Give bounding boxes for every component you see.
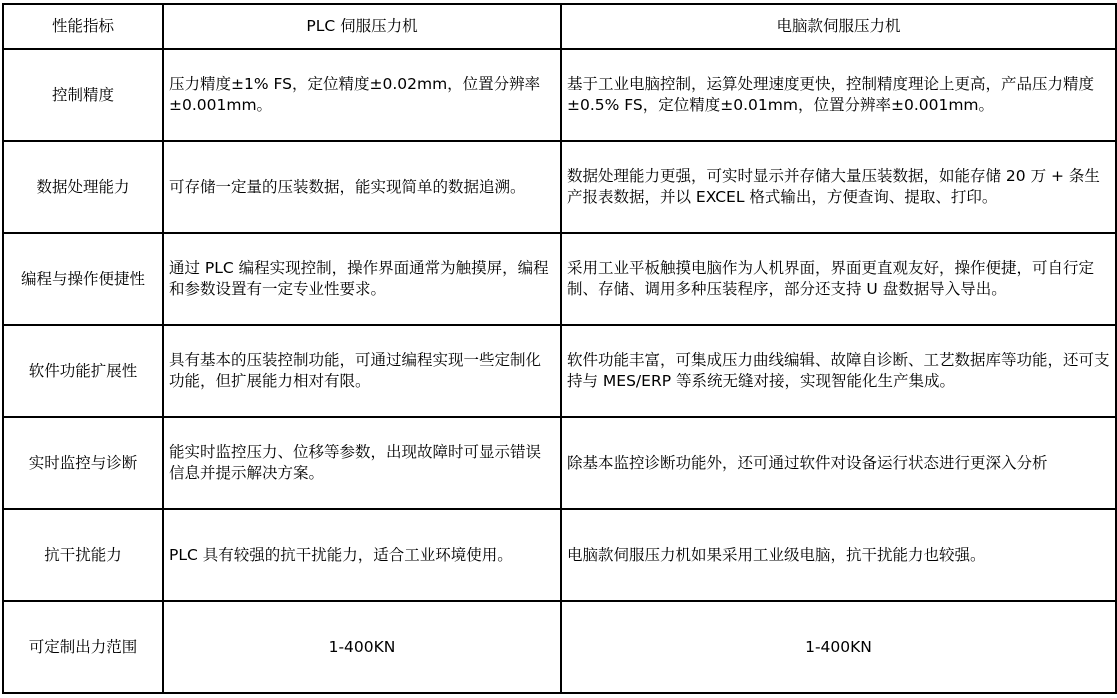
table-row-realtime-monitoring: 实时监控与诊断 能实时监控压力、位移等参数，出现故障时可显示错误信息并提示解决方… xyxy=(3,417,1116,509)
pc-cell: 软件功能丰富，可集成压力曲线编辑、故障自诊断、工艺数据库等功能，还可支持与 ME… xyxy=(561,325,1116,417)
row-label: 抗干扰能力 xyxy=(3,509,163,601)
table-row-data-processing: 数据处理能力 可存储一定量的压装数据，能实现简单的数据追溯。 数据处理能力更强，… xyxy=(3,141,1116,233)
header-pc-press: 电脑款伺服压力机 xyxy=(561,4,1116,49)
row-label: 软件功能扩展性 xyxy=(3,325,163,417)
plc-cell: 1-400KN xyxy=(163,601,561,693)
pc-cell: 1-400KN xyxy=(561,601,1116,693)
pc-cell: 除基本监控诊断功能外，还可通过软件对设备运行状态进行更深入分析 xyxy=(561,417,1116,509)
servo-press-comparison-table: 性能指标 PLC 伺服压力机 电脑款伺服压力机 控制精度 压力精度±1% FS，… xyxy=(2,3,1117,694)
row-label: 数据处理能力 xyxy=(3,141,163,233)
row-label: 实时监控与诊断 xyxy=(3,417,163,509)
table-row-force-range: 可定制出力范围 1-400KN 1-400KN xyxy=(3,601,1116,693)
plc-cell: 具有基本的压装控制功能，可通过编程实现一些定制化功能，但扩展能力相对有限。 xyxy=(163,325,561,417)
table-row-anti-interference: 抗干扰能力 PLC 具有较强的抗干扰能力，适合工业环境使用。 电脑款伺服压力机如… xyxy=(3,509,1116,601)
plc-cell: 可存储一定量的压装数据，能实现简单的数据追溯。 xyxy=(163,141,561,233)
row-label: 控制精度 xyxy=(3,49,163,141)
header-metric: 性能指标 xyxy=(3,4,163,49)
row-label: 可定制出力范围 xyxy=(3,601,163,693)
plc-cell: PLC 具有较强的抗干扰能力，适合工业环境使用。 xyxy=(163,509,561,601)
table-row-software-extensibility: 软件功能扩展性 具有基本的压装控制功能，可通过编程实现一些定制化功能，但扩展能力… xyxy=(3,325,1116,417)
row-label: 编程与操作便捷性 xyxy=(3,233,163,325)
table-row-control-accuracy: 控制精度 压力精度±1% FS，定位精度±0.02mm，位置分辨率±0.001m… xyxy=(3,49,1116,141)
table-header-row: 性能指标 PLC 伺服压力机 电脑款伺服压力机 xyxy=(3,4,1116,49)
pc-cell: 采用工业平板触摸电脑作为人机界面，界面更直观友好，操作便捷，可自行定制、存储、调… xyxy=(561,233,1116,325)
plc-cell: 能实时监控压力、位移等参数，出现故障时可显示错误信息并提示解决方案。 xyxy=(163,417,561,509)
pc-cell: 基于工业电脑控制，运算处理速度更快，控制精度理论上更高，产品压力精度±0.5% … xyxy=(561,49,1116,141)
header-plc-press: PLC 伺服压力机 xyxy=(163,4,561,49)
plc-cell: 压力精度±1% FS，定位精度±0.02mm，位置分辨率±0.001mm。 xyxy=(163,49,561,141)
comparison-table-page: 性能指标 PLC 伺服压力机 电脑款伺服压力机 控制精度 压力精度±1% FS，… xyxy=(0,0,1117,698)
plc-cell: 通过 PLC 编程实现控制，操作界面通常为触摸屏，编程和参数设置有一定专业性要求… xyxy=(163,233,561,325)
pc-cell: 电脑款伺服压力机如果采用工业级电脑，抗干扰能力也较强。 xyxy=(561,509,1116,601)
table-row-programming-convenience: 编程与操作便捷性 通过 PLC 编程实现控制，操作界面通常为触摸屏，编程和参数设… xyxy=(3,233,1116,325)
pc-cell: 数据处理能力更强，可实时显示并存储大量压装数据，如能存储 20 万 + 条生产报… xyxy=(561,141,1116,233)
